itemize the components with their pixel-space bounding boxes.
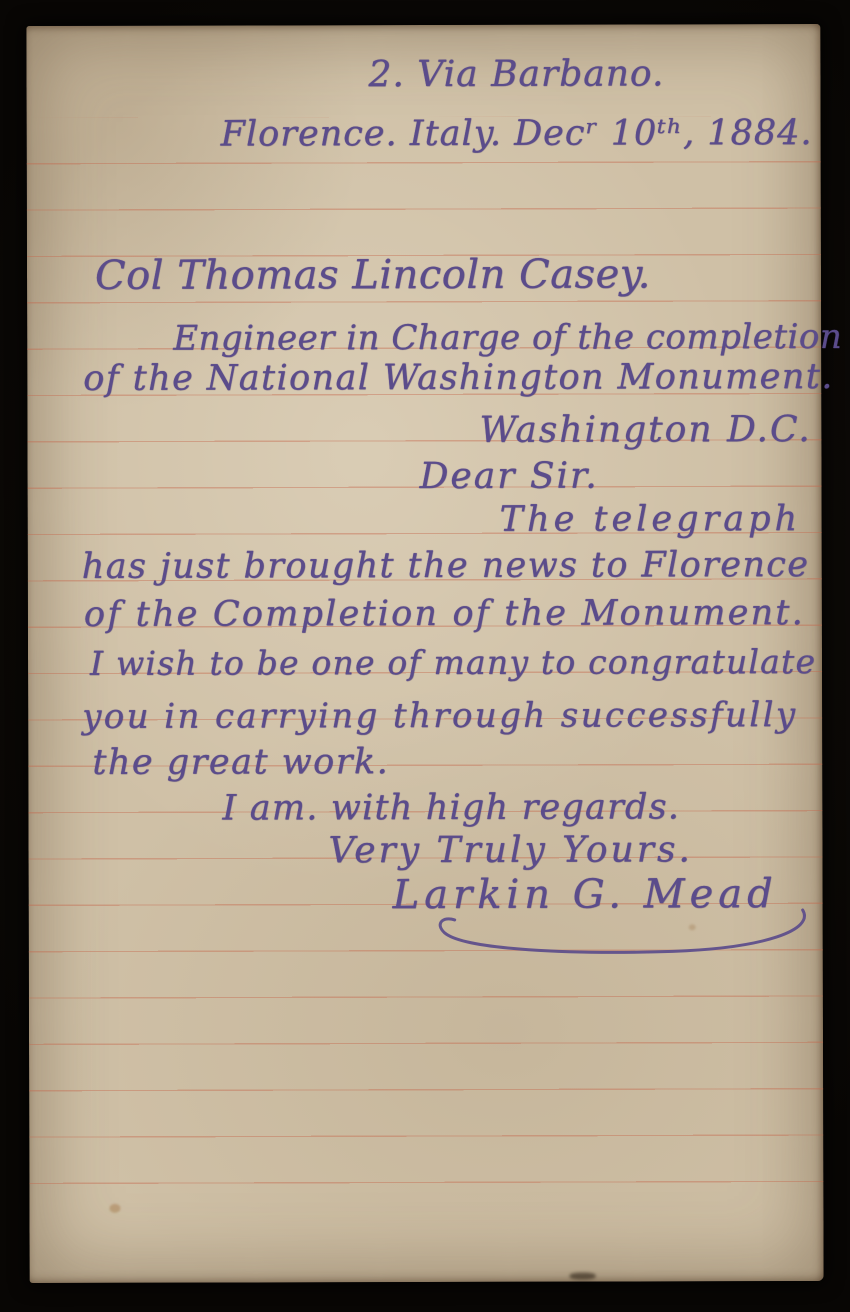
sender-address: 2. Via Barbano. [368, 56, 664, 93]
recipient-name: Col Thomas Lincoln Casey. [95, 254, 651, 295]
letter-page: 2. Via Barbano. Florence. Italy. Decʳ 10… [26, 24, 823, 1283]
closing-line-1: I am. with high regards. [222, 790, 680, 826]
photo-background: 2. Via Barbano. Florence. Italy. Decʳ 10… [0, 0, 850, 1312]
body-line-3: of the Completion of the Monument. [84, 596, 805, 633]
body-line-1: The telegraph [500, 502, 801, 538]
body-line-4: I wish to be one of many to congratulate [90, 645, 816, 680]
salutation: Dear Sir. [419, 459, 598, 495]
recipient-title-line-2: of the National Washington Monument. [83, 360, 834, 397]
paper-stain [570, 1273, 596, 1280]
dateline: Florence. Italy. Decʳ 10ᵗʰ, 1884. [221, 116, 813, 153]
closing-line-2: Very Truly Yours. [328, 832, 692, 869]
body-line-6: the great work. [92, 745, 389, 781]
recipient-city: Washington D.C. [479, 412, 811, 449]
signature-flourish [431, 902, 811, 963]
recipient-title-line-1: Engineer in Charge of the completion [173, 320, 842, 356]
paper-stain [109, 1204, 120, 1213]
body-line-5: you in carrying through successfully [82, 698, 797, 734]
body-line-2: has just brought the news to Florence [82, 548, 810, 585]
